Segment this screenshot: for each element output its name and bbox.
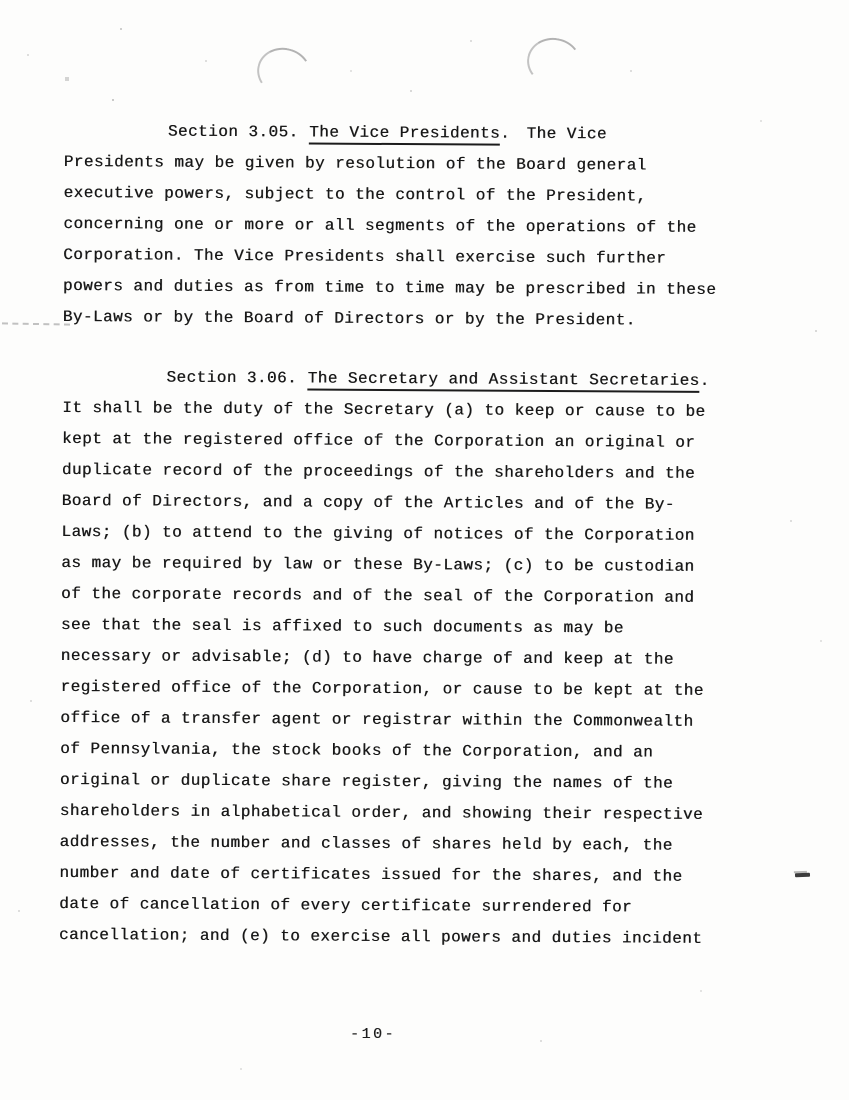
text-line: date of cancellation of every certificat… [59,889,779,924]
page-number: -10- [350,1026,396,1043]
text-line: It shall be the duty of the Secretary (a… [62,393,782,428]
text-line: Board of Directors, and a copy of the Ar… [62,486,782,521]
text-line: original or duplicate share register, gi… [60,765,780,800]
text-line: office of a transfer agent or registrar … [60,703,780,738]
section-heading-line: Section 3.06.The Secretary and Assistant… [62,362,782,397]
text-line: Laws; (b) to attend to the giving of not… [61,517,781,552]
text-line: necessary or advisable; (d) to have char… [61,641,781,676]
text-line: shareholders in alphabetical order, and … [60,796,780,831]
text-line: of the corporate records and of the seal… [61,579,781,614]
section-body-text: It shall be the duty of the Secretary (a… [59,393,782,955]
section-title-period: . [500,125,510,143]
scan-artifact-mark [795,873,810,878]
heading-tail-text: The Vice [526,125,607,143]
text-line: see that the seal is affixed to such doc… [61,610,781,645]
text-line: duplicate record of the proceedings of t… [62,455,782,490]
punch-hole-mark-icon [252,42,316,102]
document-page: Section 3.05.The Vice Presidents.The Vic… [0,0,849,1100]
document-body: Section 3.05.The Vice Presidents.The Vic… [59,116,784,955]
text-line: By-Laws or by the Board of Directors or … [63,302,783,337]
punch-hole-mark-icon [523,34,585,91]
scan-noise [0,0,2,2]
text-line: of Pennsylvania, the stock books of the … [60,734,780,769]
text-line: as may be required by law or these By-La… [61,548,781,583]
scan-artifact-dash [2,322,70,325]
section-3-06: Section 3.06.The Secretary and Assistant… [59,362,783,955]
section-number: Section 3.05. [168,123,299,142]
section-3-05: Section 3.05.The Vice Presidents.The Vic… [63,116,784,337]
text-line: addresses, the number and classes of sha… [59,827,779,862]
text-line: cancellation; and (e) to exercise all po… [59,920,779,955]
text-line: Corporation. The Vice Presidents shall e… [63,240,783,275]
section-title-period: . [700,372,710,390]
text-line: registered office of the Corporation, or… [60,672,780,707]
section-title: The Secretary and Assistant Secretaries [308,369,700,392]
text-line: number and date of certificates issued f… [59,858,779,893]
text-line: kept at the registered office of the Cor… [62,424,782,459]
section-body-text: Presidents may be given by resolution of… [63,147,784,337]
section-number: Section 3.06. [166,369,297,388]
text-line: Presidents may be given by resolution of… [64,147,784,182]
section-title: The Vice Presidents [309,123,500,145]
section-heading-line: Section 3.05.The Vice Presidents.The Vic… [64,116,784,151]
text-line: concerning one or more or all segments o… [63,209,783,244]
text-line: executive powers, subject to the control… [63,178,783,213]
text-line: powers and duties as from time to time m… [63,271,783,306]
